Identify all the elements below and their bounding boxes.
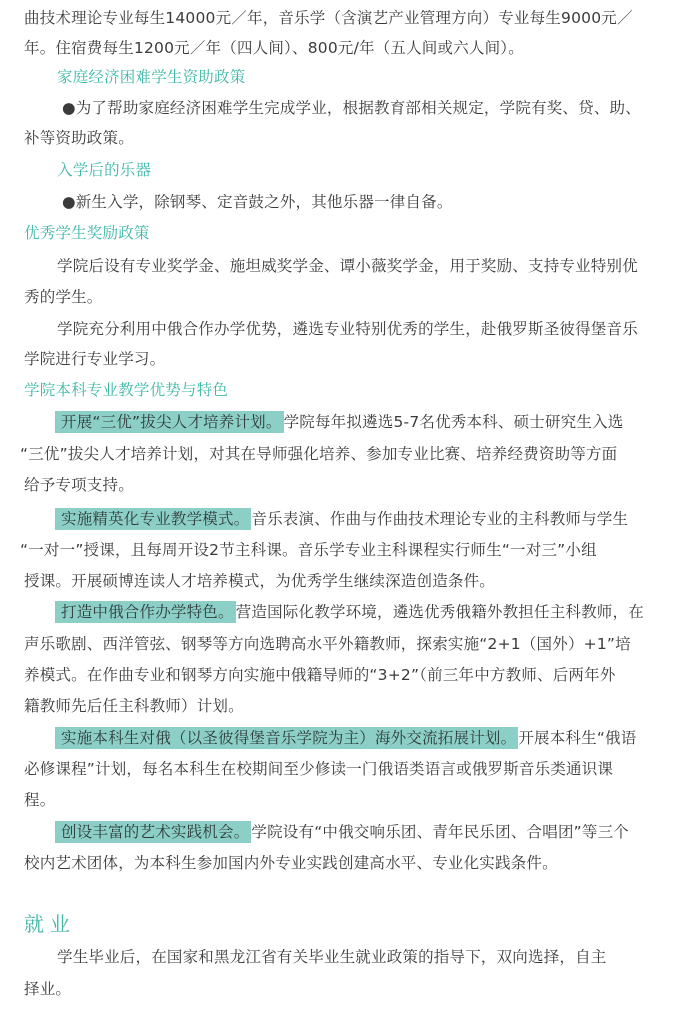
scholarship-p2-line-1: 学院充分利用中俄合作办学优势，遴选专业特别优秀的学生，赴俄罗斯圣彼得堡音乐 (57, 318, 638, 340)
feature-1-highlight: 开展“三优”拔尖人才培养计划。 (55, 411, 284, 433)
feature-4-line-1: 实施本科生对俄（以圣彼得堡音乐学院为主）海外交流拓展计划。开展本科生“俄语 (55, 727, 636, 749)
heading-instruments: 入学后的乐器 (57, 159, 151, 181)
tuition-line-1: 曲技术理论专业每生14000元／年，音乐学（含演艺产业管理方向）专业每生9000… (24, 7, 633, 29)
feature-3-highlight: 打造中俄合作办学特色。 (55, 601, 236, 623)
heading-financial-aid: 家庭经济困难学生资助政策 (57, 66, 245, 88)
heading-scholarship: 优秀学生奖励政策 (24, 222, 150, 244)
financial-aid-line-1: ●为了帮助家庭经济困难学生完成学业，根据教育部相关规定，学院有奖、贷、助、 (62, 97, 641, 119)
feature-3-line-2: 声乐歌剧、西洋管弦、钢琴等方向选聘高水平外籍教师，探索实施“2+1（国外）+1”… (24, 633, 631, 655)
feature-4-line-3: 程。 (24, 789, 55, 811)
feature-2-line-1: 实施精英化专业教学模式。音乐表演、作曲与作曲技术理论专业的主科教师与学生 (55, 508, 628, 530)
financial-aid-line-2: 补等资助政策。 (24, 127, 134, 149)
feature-5-line-2: 校内艺术团体，为本科生参加国内外专业实践创建高水平、专业化实践条件。 (24, 852, 558, 874)
feature-1-line-2: “三优”拔尖人才培养计划，对其在导师强化培养、参加专业比赛、培养经费资助等方面 (20, 443, 617, 465)
feature-1-line-1: 开展“三优”拔尖人才培养计划。学院每年拟遴选5-7名优秀本科、硕士研究生入选 (55, 411, 623, 433)
feature-5-highlight: 创设丰富的艺术实践机会。 (55, 821, 251, 843)
employment-line-1: 学生毕业后，在国家和黑龙江省有关毕业生就业政策的指导下，双向选择，自主 (57, 946, 607, 968)
feature-3-line-1: 打造中俄合作办学特色。营造国际化教学环境，遴选优秀俄籍外教担任主科教师，在 (55, 601, 644, 623)
scholarship-p2-line-2: 学院进行专业学习。 (24, 348, 165, 370)
feature-5-line-1-rest: 学院设有“中俄交响乐团、青年民乐团、合唱团”等三个 (251, 823, 629, 841)
feature-4-line-1-rest: 开展本科生“俄语 (518, 729, 636, 747)
feature-2-highlight: 实施精英化专业教学模式。 (55, 508, 251, 530)
scholarship-p1-line-2: 秀的学生。 (24, 286, 103, 308)
feature-4-line-2: 必修课程”计划，每名本科生在校期间至少修读一门俄语类语言或俄罗斯音乐类通识课 (24, 758, 613, 780)
heading-employment: 就业 (24, 911, 76, 937)
feature-3-line-3: 养模式。在作曲专业和钢琴方向实施中俄籍导师的“3+2”（前三年中方教师、后两年外 (24, 664, 616, 686)
feature-3-line-1-rest: 营造国际化教学环境，遴选优秀俄籍外教担任主科教师，在 (236, 603, 644, 621)
feature-2-line-3: 授课。开展硕博连读人才培养模式，为优秀学生继续深造创造条件。 (24, 570, 495, 592)
feature-1-line-3: 给予专项支持。 (24, 474, 134, 496)
feature-3-line-4: 籍教师先后任主科教师）计划。 (24, 695, 244, 717)
tuition-line-2: 年。住宿费每生1200元／年（四人间）、800元/年（五人间或六人间）。 (24, 37, 524, 59)
employment-line-2: 择业。 (24, 978, 71, 1000)
feature-4-highlight: 实施本科生对俄（以圣彼得堡音乐学院为主）海外交流拓展计划。 (55, 727, 518, 749)
instruments-line-1: ●新生入学，除钢琴、定音鼓之外，其他乐器一律自备。 (62, 191, 453, 213)
feature-5-line-1: 创设丰富的艺术实践机会。学院设有“中俄交响乐团、青年民乐团、合唱团”等三个 (55, 821, 629, 843)
feature-2-line-1-rest: 音乐表演、作曲与作曲技术理论专业的主科教师与学生 (251, 510, 628, 528)
heading-features: 学院本科专业教学优势与特色 (24, 379, 228, 401)
scholarship-p1-line-1: 学院后设有专业奖学金、施坦威奖学金、谭小薇奖学金，用于奖励、支持专业特别优 (57, 255, 638, 277)
document-page: 曲技术理论专业每生14000元／年，音乐学（含演艺产业管理方向）专业每生9000… (0, 0, 696, 1011)
feature-2-line-2: “一对一”授课，且每周开设2节主科课。音乐学专业主科课程实行师生“一对三”小组 (20, 539, 597, 561)
feature-1-line-1-rest: 学院每年拟遴选5-7名优秀本科、硕士研究生入选 (284, 413, 624, 431)
